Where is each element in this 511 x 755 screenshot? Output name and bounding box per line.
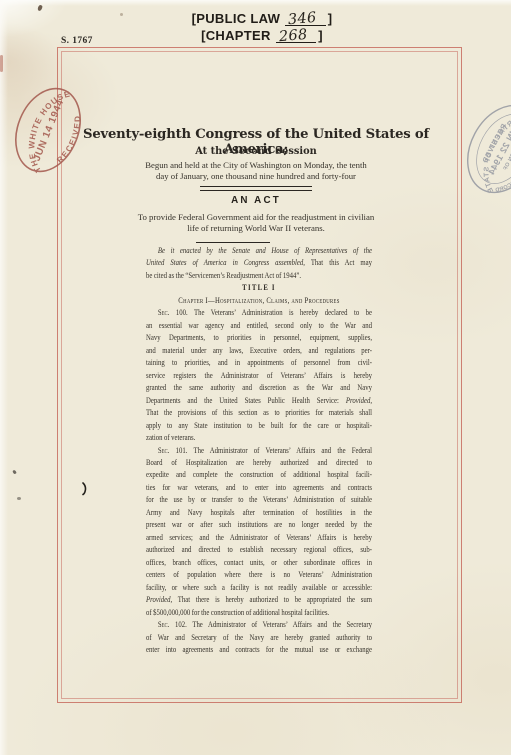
- convened-text: Begun and held at the City of Washington…: [66, 160, 446, 182]
- text-line: United States of America in Congress ass…: [146, 256, 372, 268]
- session-heading: At the Second Session: [66, 146, 446, 157]
- text-line: Board of Hospitalization are hereby auth…: [146, 456, 372, 468]
- text-line: Navy Departments, to priorities in perso…: [146, 331, 372, 343]
- ink-mark: [80, 482, 92, 496]
- text-line: of War and Secretary of the Navy are her…: [146, 631, 372, 643]
- handwritten-underline: 346: [285, 13, 326, 26]
- text-line: armed services; and the Administrator of…: [146, 531, 372, 543]
- public-law-line: [PUBLIC LAW346]: [12, 11, 511, 26]
- text-line: for the use by or transfer to the Vetera…: [146, 493, 372, 505]
- chapter-i-heading: Chapter I—Hospitalization, Claims, and P…: [146, 294, 372, 306]
- text-line: ties for war veterans, and to enter into…: [146, 481, 372, 493]
- chapter-number-handwritten: 268: [278, 29, 307, 42]
- text-line: Army and Navy hospitals after terminatio…: [146, 506, 372, 518]
- text-line: be cited as the “Servicemen’s Readjustme…: [146, 269, 372, 281]
- text-line: taining to priorities, and in appointmen…: [146, 356, 372, 368]
- an-act-heading: AN ACT: [66, 195, 446, 206]
- act-title-line-2: life of returning World War II veterans.: [66, 223, 446, 234]
- text-line: Be it enacted by the Senate and House of…: [146, 244, 372, 256]
- public-law-label: [PUBLIC LAW: [192, 11, 281, 26]
- text-line: present war or after such institutions a…: [146, 518, 372, 530]
- text-line: granted the same authority and discretio…: [146, 381, 372, 393]
- act-title: To provide Federal Government aid for th…: [66, 212, 446, 234]
- enacting-clause-paragraph: Be it enacted by the Senate and House of…: [146, 244, 372, 281]
- act-title-line-1: To provide Federal Government aid for th…: [66, 212, 446, 223]
- text-line: enter into agreements and contracts for …: [146, 643, 372, 655]
- text-line: Sec. 100. The Veterans’ Administration i…: [146, 306, 372, 318]
- text-line: service registers the Administrator of V…: [146, 369, 372, 381]
- document-page: [PUBLIC LAW346] [CHAPTER268] S. 1767 THE…: [0, 0, 511, 755]
- statute-body: Be it enacted by the Senate and House of…: [146, 244, 372, 655]
- paper-top-edge: [0, 0, 511, 6]
- chapter-close-bracket: ]: [318, 28, 323, 43]
- text-line: of $500,000,000 for the construction of …: [146, 606, 372, 618]
- double-rule: [200, 186, 312, 191]
- text-line: Sec. 102. The Administrator of Veterans’…: [146, 618, 372, 630]
- short-rule: [196, 242, 270, 243]
- text-line: That the provisions of this section as t…: [146, 406, 372, 418]
- text-line: expedite and complete the construction o…: [146, 468, 372, 480]
- text-line: offices, branch offices, contact units, …: [146, 556, 372, 568]
- text-line: and material under any laws, Executive o…: [146, 344, 372, 356]
- chapter-label: [CHAPTER: [201, 28, 271, 43]
- convened-line-2: day of January, one thousand nine hundre…: [66, 171, 446, 182]
- section-102-paragraph: Sec. 102. The Administrator of Veterans’…: [146, 618, 372, 655]
- text-line: Sec. 101. The Administrator of Veterans’…: [146, 444, 372, 456]
- text-line: an essential war agency and entitled, se…: [146, 319, 372, 331]
- section-101-paragraph: Sec. 101. The Administrator of Veterans’…: [146, 444, 372, 619]
- ink-speck: [17, 497, 21, 500]
- public-law-close-bracket: ]: [328, 11, 333, 26]
- text-line: centers of population where there is no …: [146, 568, 372, 580]
- bill-number: S. 1767: [61, 36, 93, 46]
- title-i-heading: TITLE I: [146, 281, 372, 293]
- handwritten-underline: 268: [276, 30, 317, 43]
- text-line: Departments and the United States Public…: [146, 394, 372, 406]
- paper-stain: [0, 55, 3, 72]
- public-law-number-handwritten: 346: [288, 13, 317, 26]
- paper-left-edge: [0, 0, 8, 755]
- text-line: zation of veterans.: [146, 431, 372, 443]
- section-100-paragraph: Sec. 100. The Veterans’ Administration i…: [146, 306, 372, 443]
- convened-line-1: Begun and held at the City of Washington…: [66, 160, 446, 171]
- text-line: apply to any State institution to be bui…: [146, 419, 372, 431]
- text-line: Provided, That there is hereby authorize…: [146, 593, 372, 605]
- text-line: facility, or where such a facility is no…: [146, 581, 372, 593]
- text-line: authorized and directed to establish nec…: [146, 543, 372, 555]
